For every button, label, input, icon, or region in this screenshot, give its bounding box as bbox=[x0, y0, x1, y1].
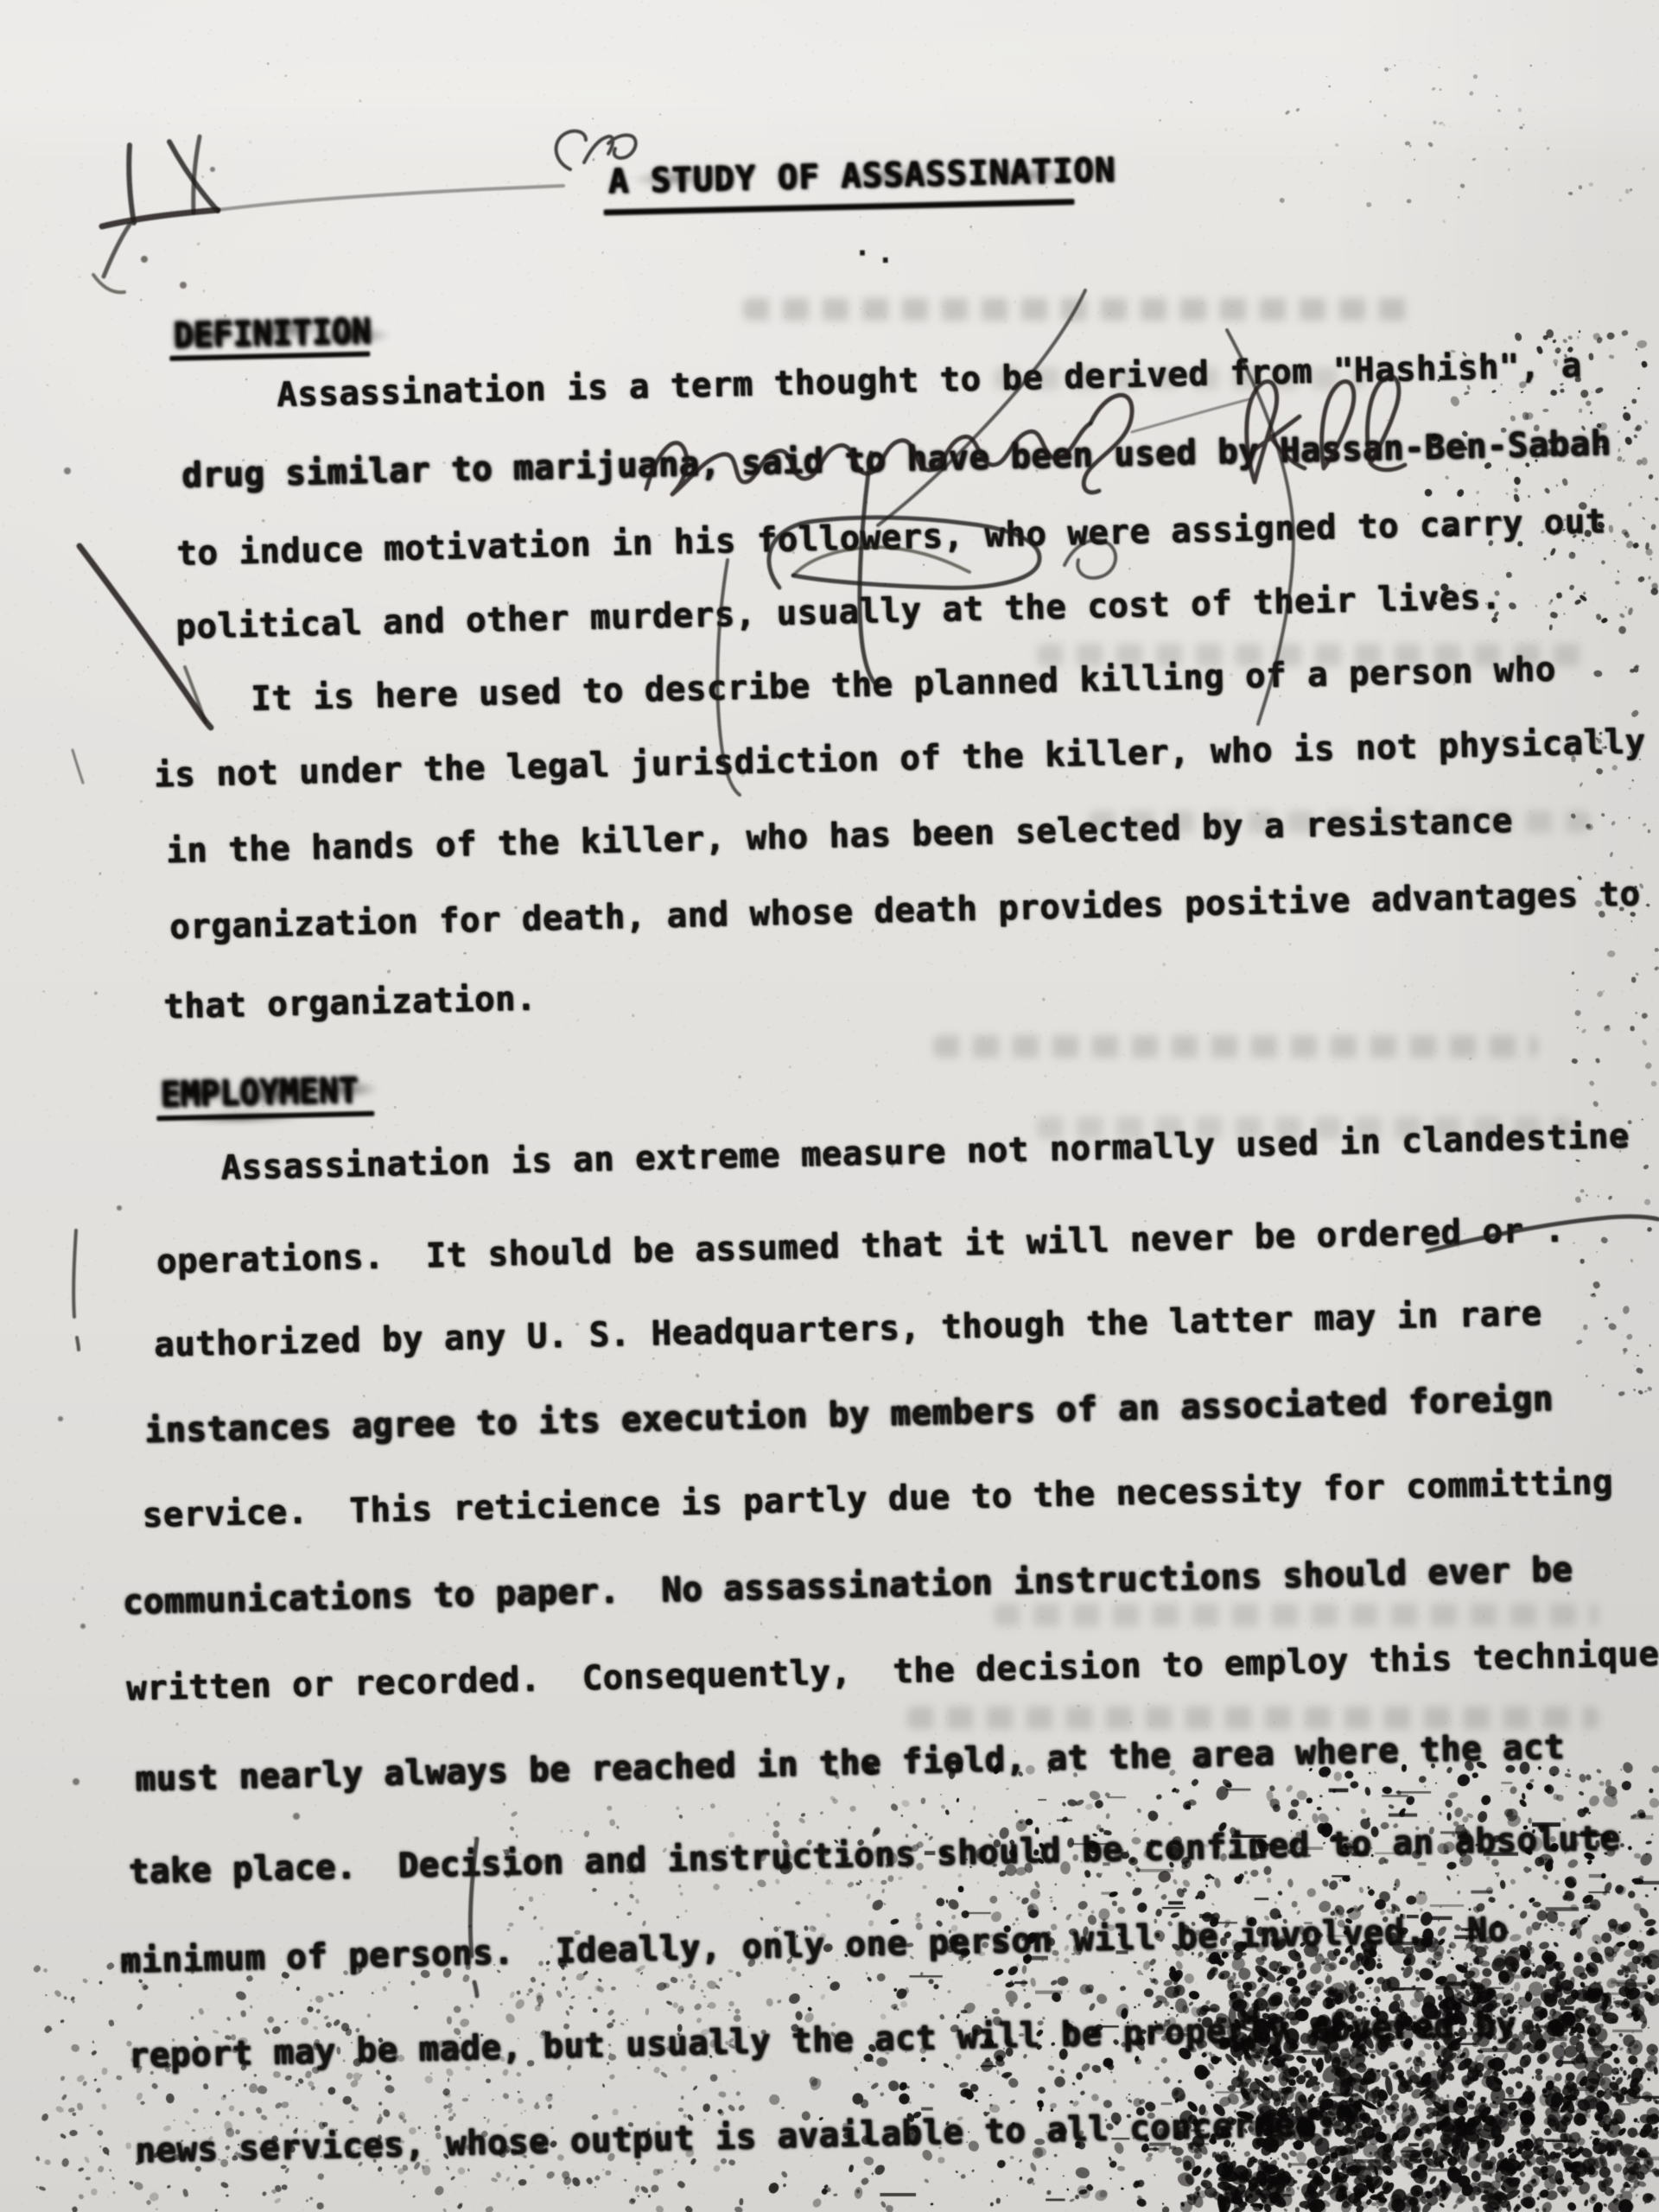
typed-line-10: Assassination is an extreme measure not … bbox=[220, 1120, 1630, 1185]
typed-line-17: must nearly always be reached in the fie… bbox=[135, 1731, 1565, 1797]
typed-line-11: operations. It should be assumed that it… bbox=[156, 1213, 1566, 1279]
typed-line-13: instances agree to its execution by memb… bbox=[144, 1382, 1554, 1448]
typed-line-8: organization for death, and whose death … bbox=[169, 877, 1641, 944]
typed-line-18: take place. Decision and instructions sh… bbox=[129, 1821, 1621, 1889]
typed-line-3: to induce motivation in his followers, w… bbox=[176, 505, 1606, 571]
typed-line-14: service. This reticience is partly due t… bbox=[142, 1465, 1613, 1533]
title-underline bbox=[604, 199, 1075, 215]
typed-line-1: Assassination is a term thought to be de… bbox=[276, 349, 1582, 412]
typed-line-2: drug similar to marijuana, said to have … bbox=[181, 427, 1611, 493]
typed-line-12: authorized by any U. S. Headquarters, th… bbox=[154, 1297, 1542, 1362]
typed-line-9: that organization. bbox=[163, 982, 537, 1024]
typed-line-15: communications to paper. No assassinatio… bbox=[123, 1553, 1573, 1619]
scanned-document-page: A STUDY OF ASSASSINATION ·. DEFINITION E… bbox=[0, 0, 1659, 2212]
section-heading-employment: EMPLOYMENT bbox=[160, 1071, 359, 1115]
document-title: A STUDY OF ASSASSINATION bbox=[607, 151, 1116, 201]
typed-text-layer: A STUDY OF ASSASSINATION ·. DEFINITION E… bbox=[0, 0, 1659, 2212]
typed-line-19: minimum of persons. Ideally, only one pe… bbox=[120, 1913, 1509, 1978]
typed-line-6: is not under the legal jurisdiction of t… bbox=[154, 725, 1646, 792]
title-dots: ·. bbox=[853, 236, 899, 271]
section-heading-definition: DEFINITION bbox=[173, 312, 372, 356]
typed-line-5: It is here used to describe the planned … bbox=[251, 653, 1556, 716]
typed-line-4: political and other murders, usually at … bbox=[175, 581, 1502, 645]
typed-line-16: written or recorded. Consequently, the d… bbox=[126, 1637, 1659, 1706]
typed-line-21: news services, whose output is available… bbox=[135, 2107, 1337, 2169]
typed-line-20: report may be made, but usually the act … bbox=[128, 2008, 1516, 2073]
typed-line-7: in the hands of the killer, who has been… bbox=[166, 804, 1513, 868]
